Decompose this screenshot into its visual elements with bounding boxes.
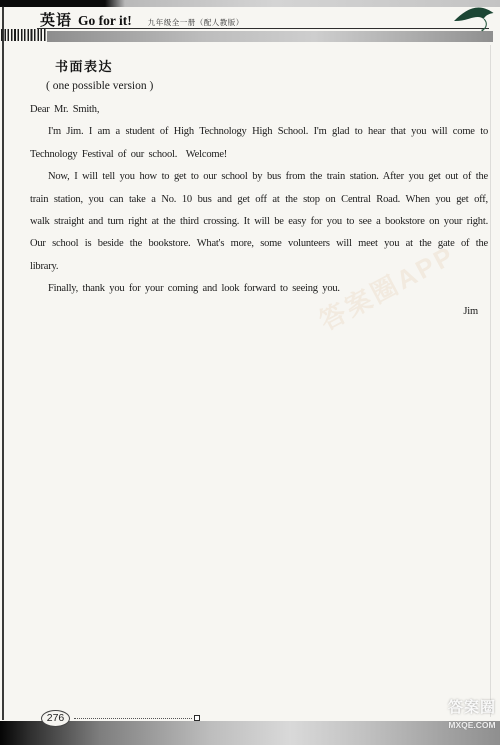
scanned-book-page: 英语 Go for it! 九年级全一册（配人教版） 书面表达 ( one po… (0, 0, 500, 745)
top-edge-strip (0, 0, 500, 7)
letter-line: Now, I will tell you how to get to our s… (30, 166, 488, 188)
right-edge-shadow (490, 45, 491, 717)
header-gradient-bar (47, 31, 493, 42)
tick-marks-decoration (1, 29, 47, 41)
page-header: 英语 Go for it! 九年级全一册（配人教版） (40, 9, 244, 29)
page-number-badge: 276 (41, 710, 70, 727)
header-series-title: Go for it! (78, 13, 132, 29)
letter-signature: Jim (30, 301, 488, 323)
bottom-gradient-bar (0, 721, 500, 745)
letter-line: I'm Jim. I am a student of High Technolo… (30, 121, 488, 143)
watermark-brand: 答案圈 (448, 700, 496, 717)
section-title: 书面表达 (55, 56, 113, 75)
letter-line: walk straight and turn right at the thir… (30, 211, 488, 233)
book-spine-line (2, 6, 4, 720)
letter-line: Technology Festival of our school. Welco… (30, 144, 488, 166)
letter-line: train station, you can take a No. 10 bus… (30, 189, 488, 211)
publisher-bird-icon (452, 4, 496, 32)
letter-salutation: Dear Mr. Smith, (30, 99, 488, 121)
dotted-leader-line (74, 718, 192, 719)
watermark-site: MXQE.COM (448, 721, 496, 730)
header-subject: 英语 (40, 9, 72, 30)
header-edition-label: 九年级全一册（配人教版） (148, 17, 244, 28)
corner-watermark: 答案圈 MXQE.COM (448, 700, 496, 730)
leader-end-square (194, 715, 200, 721)
version-note: ( one possible version ) (46, 80, 153, 92)
header-underline (37, 28, 489, 29)
